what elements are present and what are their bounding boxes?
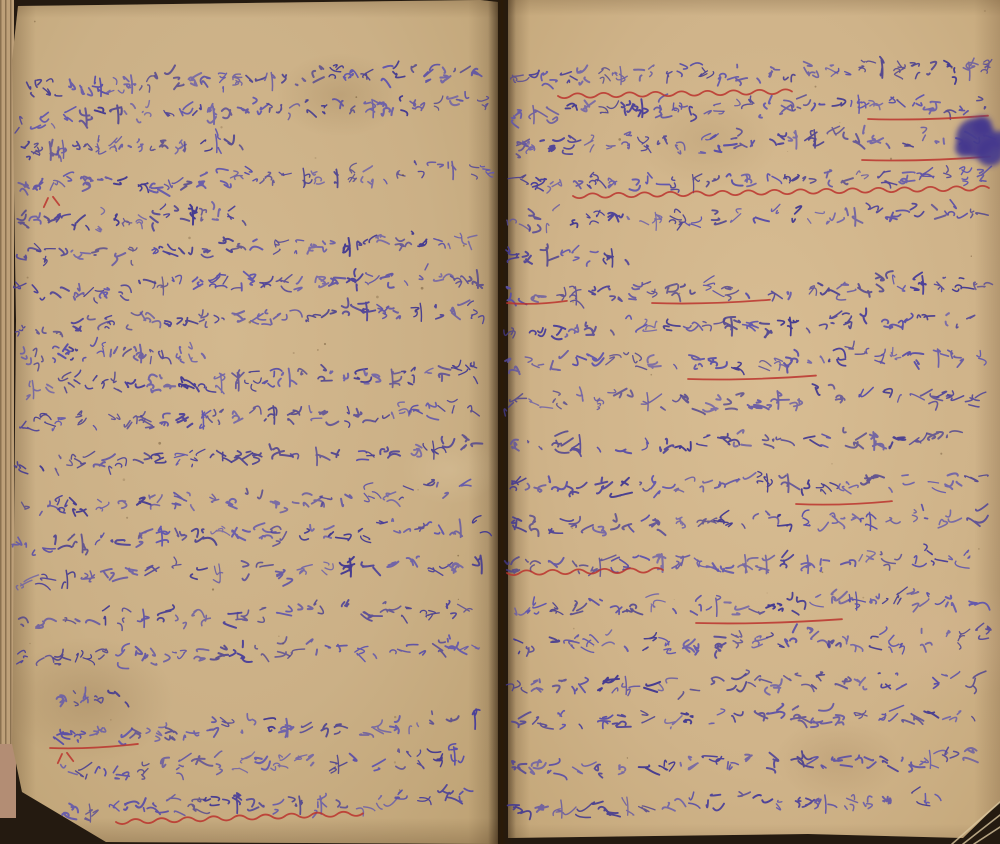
ink-stroke [512, 712, 531, 727]
ink-stroke [365, 272, 379, 284]
ink-stroke [31, 143, 42, 155]
ink-stroke [232, 74, 242, 85]
ink-stroke [801, 555, 815, 573]
ink-stroke [529, 328, 545, 337]
ink-stroke [896, 673, 907, 690]
paper-speck [355, 96, 357, 98]
ink-stroke [241, 271, 256, 290]
ink-stroke [52, 417, 66, 430]
ink-stroke [902, 475, 914, 485]
scribble-line [21, 478, 471, 521]
ink-stroke [355, 646, 369, 661]
ink-stroke [57, 695, 67, 706]
ink-stroke [322, 562, 334, 575]
ink-stroke [928, 481, 945, 493]
ink-stroke [420, 610, 439, 620]
ink-stroke [627, 216, 649, 225]
scribble-line [26, 55, 482, 100]
ink-stroke [689, 107, 696, 122]
ink-stroke [271, 501, 280, 508]
ink-stroke [364, 483, 381, 502]
ink-stroke [165, 728, 177, 741]
ink-stroke [976, 623, 992, 639]
ink-stroke [13, 282, 26, 289]
ink-stroke [437, 482, 449, 498]
ink-stroke [152, 248, 158, 254]
ink-stroke [164, 110, 174, 116]
ink-stroke [72, 215, 86, 229]
ink-stroke [111, 372, 122, 392]
ink-stroke [825, 65, 838, 77]
ink-stroke [883, 797, 891, 804]
ink-stroke [232, 527, 251, 540]
ink-stroke [361, 166, 374, 188]
ink-stroke [832, 98, 845, 106]
ink-stroke [897, 394, 924, 403]
ink-stroke [504, 328, 515, 338]
ink-stroke [514, 639, 523, 654]
ink-stroke [666, 72, 672, 84]
ink-stroke [659, 637, 676, 654]
paper-speck [282, 643, 284, 645]
ink-stroke [50, 287, 69, 298]
ink-stroke [110, 105, 122, 123]
ink-stroke [752, 636, 768, 648]
ink-stroke [207, 717, 219, 737]
ink-stroke [39, 501, 58, 515]
ink-stroke [690, 596, 701, 615]
ink-stroke [255, 645, 269, 662]
ink-stroke [849, 592, 866, 610]
ink-stroke [372, 759, 385, 770]
ink-stroke [624, 352, 647, 370]
ink-stroke [397, 171, 405, 179]
ink-stroke [680, 756, 698, 769]
ink-stroke [192, 105, 201, 115]
ink-stroke [32, 548, 55, 556]
ink-stroke [188, 342, 197, 362]
ink-stroke [508, 175, 528, 185]
ink-stroke [383, 492, 400, 507]
ink-stroke [640, 482, 650, 491]
ink-stroke [746, 293, 749, 298]
ink-stroke [717, 73, 738, 85]
ink-stroke [938, 510, 962, 528]
ink-stroke [882, 587, 907, 604]
ink-stroke [776, 437, 794, 446]
ink-stroke [780, 550, 794, 567]
ink-stroke [585, 322, 596, 335]
paper-speck [399, 789, 401, 791]
ink-stroke [784, 75, 795, 82]
ink-stroke [30, 112, 49, 128]
ink-stroke [970, 209, 988, 218]
ink-stroke [834, 715, 845, 725]
ink-stroke [910, 203, 924, 216]
ink-stroke [70, 497, 88, 516]
ink-stroke [713, 563, 734, 573]
ink-stroke [942, 747, 958, 761]
ink-stroke [844, 795, 857, 811]
ink-stroke [935, 138, 944, 144]
ink-stroke [462, 235, 478, 249]
ink-stroke [229, 641, 252, 663]
ink-stroke [117, 608, 131, 631]
ink-stroke [176, 753, 192, 779]
ink-stroke [826, 213, 844, 224]
ink-stroke [136, 529, 153, 547]
ink-stroke [236, 610, 249, 621]
ink-stroke [480, 165, 494, 177]
ink-stroke [922, 505, 928, 519]
ink-stroke [584, 135, 594, 152]
ink-stroke [977, 350, 987, 365]
ink-stroke [141, 312, 161, 328]
ink-stroke [361, 70, 373, 81]
ink-stroke [358, 302, 376, 321]
paper-speck [463, 245, 465, 247]
paper-speck [890, 158, 892, 160]
ink-stroke [55, 495, 68, 513]
ink-stroke [447, 96, 459, 105]
ink-stroke [869, 100, 883, 109]
scribble-line [512, 700, 975, 733]
ink-stroke [287, 407, 301, 424]
ink-stroke [726, 174, 742, 186]
ink-stroke [226, 499, 237, 509]
ink-stroke [889, 488, 892, 493]
ink-stroke [58, 344, 70, 358]
ink-stroke [136, 215, 147, 229]
ink-stroke [92, 248, 107, 255]
red-annotation-caret [57, 753, 73, 764]
ink-stroke [832, 756, 852, 767]
ink-stroke [660, 396, 681, 411]
ink-stroke [657, 136, 667, 144]
ink-stroke [810, 594, 824, 607]
ink-stroke [128, 247, 137, 265]
ink-stroke [96, 499, 109, 511]
ink-stroke [75, 763, 92, 780]
ink-stroke [681, 284, 695, 294]
ink-stroke [512, 761, 527, 774]
ink-stroke [963, 58, 978, 80]
ink-stroke [606, 145, 615, 149]
ink-stroke [412, 231, 427, 247]
ink-stroke [767, 391, 789, 409]
ink-stroke [712, 210, 726, 224]
ink-stroke [380, 601, 401, 612]
ink-stroke [642, 438, 649, 450]
ink-stroke [341, 494, 352, 506]
ink-stroke [321, 724, 328, 737]
ink-stroke [361, 611, 382, 621]
ink-stroke [946, 431, 962, 438]
ink-stroke [477, 96, 489, 109]
red-annotation-straight [688, 376, 816, 381]
ink-stroke [164, 178, 183, 190]
ink-stroke [851, 95, 870, 113]
ink-stroke [753, 217, 768, 223]
ink-stroke [599, 68, 611, 84]
scribble-line [504, 306, 976, 342]
ink-stroke [565, 325, 578, 337]
ink-stroke [531, 295, 546, 302]
ink-stroke [911, 272, 927, 294]
ink-stroke [138, 183, 148, 193]
ink-stroke [641, 710, 655, 722]
ink-stroke [63, 617, 76, 624]
ink-stroke [139, 76, 153, 93]
ink-stroke [90, 726, 106, 735]
ink-stroke [540, 138, 564, 151]
ink-stroke [224, 135, 234, 144]
paper-speck [220, 126, 222, 128]
ink-stroke [505, 358, 520, 374]
ink-stroke [907, 589, 929, 612]
ink-stroke [753, 795, 772, 803]
ink-stroke [341, 600, 348, 607]
ink-stroke [273, 800, 284, 814]
ink-stroke [669, 209, 686, 230]
ink-stroke [240, 145, 243, 150]
ink-stroke [733, 430, 751, 447]
ink-stroke [214, 315, 224, 323]
ink-stroke [137, 139, 143, 152]
ink-stroke [859, 387, 874, 396]
ink-stroke [135, 646, 147, 660]
ink-stroke [361, 562, 380, 576]
ink-stroke [73, 691, 78, 706]
ink-stroke [411, 303, 422, 321]
ink-stroke [247, 799, 264, 811]
ink-stroke [114, 177, 127, 184]
ink-stroke [343, 70, 358, 81]
scribble-line [506, 269, 992, 309]
ink-stroke [816, 483, 838, 495]
paper-speck [212, 588, 214, 590]
ink-stroke [415, 523, 429, 531]
ink-stroke [340, 557, 355, 577]
ink-stroke [172, 557, 181, 568]
ink-stroke [703, 395, 721, 412]
ink-stroke [611, 514, 632, 530]
ink-stroke [93, 454, 115, 467]
ink-stroke [176, 347, 184, 363]
ink-stroke [629, 179, 640, 190]
ink-stroke [869, 636, 881, 650]
ink-stroke [899, 643, 904, 654]
ink-stroke [384, 179, 387, 184]
ink-stroke [438, 366, 450, 381]
ink-stroke [395, 238, 411, 251]
ink-stroke [350, 106, 356, 114]
ink-stroke [876, 271, 893, 291]
ink-stroke [214, 751, 222, 774]
scribble-line [512, 503, 989, 538]
ink-stroke [531, 177, 546, 191]
ink-stroke [201, 248, 213, 257]
ink-stroke [410, 100, 425, 111]
ink-stroke [969, 601, 990, 610]
ink-stroke [264, 718, 276, 732]
ink-stroke [334, 724, 347, 734]
ink-stroke [102, 606, 109, 625]
ink-stroke [183, 142, 185, 152]
ink-stroke [528, 209, 541, 233]
ink-stroke [709, 709, 725, 724]
ink-stroke [706, 794, 724, 810]
ink-stroke [528, 440, 542, 450]
ink-stroke [541, 72, 557, 89]
ink-stroke [424, 480, 435, 486]
ink-stroke [757, 78, 760, 83]
ink-stroke [674, 477, 695, 492]
ink-stroke [63, 107, 76, 122]
ink-stroke [572, 246, 579, 261]
ink-stroke [886, 144, 889, 149]
ink-stroke [69, 79, 75, 89]
scribble-line [504, 379, 986, 418]
ink-stroke [336, 800, 347, 808]
ink-stroke [589, 286, 609, 294]
ink-stroke [86, 225, 89, 230]
ink-stroke [53, 649, 71, 665]
ink-stroke [364, 99, 381, 118]
ink-stroke [330, 371, 348, 381]
ink-stroke [75, 618, 99, 625]
ink-stroke [298, 604, 313, 610]
ink-stroke [924, 544, 948, 566]
ink-stroke [207, 104, 217, 125]
ink-stroke [508, 805, 531, 820]
ink-stroke [81, 571, 95, 582]
ink-stroke [223, 613, 242, 629]
ink-stroke [192, 756, 213, 767]
ink-stroke [625, 260, 628, 265]
ink-stroke [161, 758, 170, 768]
ink-stroke [818, 513, 838, 531]
ink-stroke [927, 592, 945, 604]
ink-stroke [594, 390, 616, 410]
ink-stroke [199, 310, 209, 328]
ink-stroke [253, 97, 269, 114]
ink-stroke [35, 574, 56, 591]
paper-speck [110, 719, 111, 720]
ink-stroke [279, 718, 294, 737]
paper-speck [126, 517, 128, 519]
ink-stroke [525, 483, 545, 492]
ink-stroke [49, 139, 58, 159]
ink-stroke [288, 649, 305, 658]
ink-stroke [510, 75, 529, 82]
paper-speck [317, 349, 318, 350]
ink-stroke [722, 286, 739, 300]
ink-stroke [95, 767, 106, 776]
ink-stroke [288, 104, 300, 120]
ink-stroke [260, 172, 275, 185]
ink-stroke [912, 556, 926, 567]
ink-stroke [952, 802, 1000, 844]
paper-speck [572, 301, 574, 303]
ink-stroke [694, 644, 699, 655]
ink-stroke [110, 347, 118, 357]
ink-stroke [179, 248, 193, 255]
ink-stroke [16, 650, 27, 664]
ink-stroke [82, 338, 98, 361]
ink-stroke [958, 629, 971, 649]
ink-stroke [549, 558, 564, 567]
ink-stroke [599, 101, 619, 114]
ink-stroke [644, 682, 660, 692]
ink-stroke [770, 133, 787, 145]
ink-stroke [52, 123, 55, 128]
ink-stroke [232, 311, 244, 322]
ink-stroke [903, 352, 924, 370]
ink-stroke [343, 238, 350, 256]
ink-stroke [57, 753, 73, 764]
ink-stroke [242, 561, 250, 581]
ink-stroke [880, 756, 898, 772]
ink-stroke [570, 220, 577, 227]
ink-stroke [570, 601, 586, 615]
ink-stroke [843, 132, 864, 149]
ink-stroke [429, 711, 433, 724]
paper-speck [971, 256, 972, 257]
paper-speck [402, 174, 404, 176]
ink-stroke [427, 522, 444, 535]
ink-stroke [179, 377, 195, 389]
ink-stroke [745, 670, 772, 687]
ink-stroke [126, 568, 137, 576]
ink-stroke [447, 716, 459, 721]
ink-stroke [36, 655, 54, 665]
scribble-line [505, 543, 971, 579]
ink-stroke [257, 608, 266, 623]
ink-stroke [767, 704, 785, 718]
ink-stroke [407, 556, 420, 567]
paper-speck [249, 321, 252, 324]
ink-stroke [84, 144, 92, 151]
ink-stroke [845, 341, 865, 354]
red-annotation-wavy [116, 811, 363, 824]
paper-speck [951, 67, 953, 69]
ink-stroke [95, 135, 105, 154]
ink-stroke [529, 515, 538, 536]
ink-stroke [784, 350, 799, 373]
ink-stroke [564, 635, 579, 648]
ink-stroke [790, 399, 802, 411]
ink-stroke [390, 649, 410, 654]
ink-stroke [801, 480, 809, 495]
ink-stroke [390, 716, 401, 733]
ink-stroke [189, 205, 198, 225]
ink-stroke [73, 142, 80, 150]
ink-stroke [389, 369, 401, 387]
scribble-line [60, 743, 464, 784]
ink-stroke [504, 394, 527, 416]
ink-stroke [250, 406, 261, 414]
ink-stroke [759, 360, 771, 370]
scribble-line [18, 593, 472, 636]
ink-stroke [177, 317, 198, 325]
paper-speck [394, 761, 396, 763]
ink-stroke [446, 601, 456, 619]
ink-stroke [581, 100, 595, 111]
ink-stroke [547, 759, 566, 780]
ink-stroke [724, 393, 744, 410]
ink-stroke [843, 636, 863, 652]
